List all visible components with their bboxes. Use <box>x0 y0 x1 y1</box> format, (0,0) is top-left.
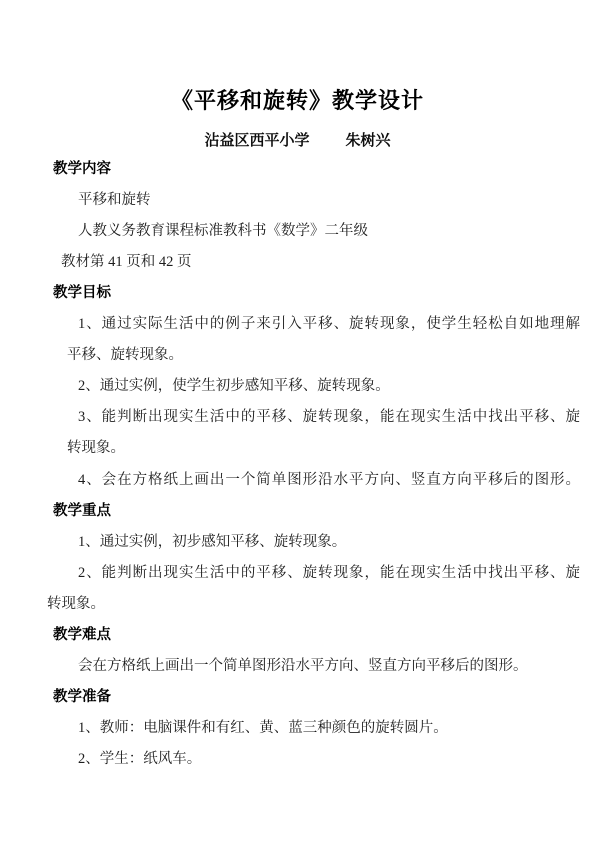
paragraph-line: 平移、旋转现象。 <box>67 347 183 364</box>
paragraph-line: 4、会在方格纸上画出一个简单图形沿水平方向、竖直方向平移后的图形。 <box>78 472 580 489</box>
paragraph-line: 转现象。 <box>47 596 105 613</box>
paragraph-line: 教材第 41 页和 42 页 <box>61 254 192 271</box>
paragraph-line: 转现象。 <box>67 440 125 457</box>
paragraph-line: 1、教师：电脑课件和有红、黄、蓝三种颜色的旋转圆片。 <box>78 720 448 737</box>
section-heading: 教学目标 <box>53 285 111 302</box>
byline-school: 沾益区西平小学 <box>204 132 309 149</box>
section-heading: 教学难点 <box>53 627 111 644</box>
section-heading: 教学重点 <box>53 503 111 520</box>
section-heading: 教学准备 <box>53 689 111 706</box>
paragraph-line: 1、通过实例，初步感知平移、旋转现象。 <box>78 534 346 551</box>
paragraph-line: 2、学生：纸风车。 <box>78 751 201 768</box>
paragraph-line: 2、通过实例，使学生初步感知平移、旋转现象。 <box>78 378 390 395</box>
document-title: 《平移和旋转》教学设计 <box>0 88 595 114</box>
document-page: 《平移和旋转》教学设计 沾益区西平小学朱树兴 教学内容平移和旋转人教义务教育课程… <box>0 0 595 842</box>
paragraph-line: 平移和旋转 <box>78 192 151 209</box>
document-byline: 沾益区西平小学朱树兴 <box>0 132 595 149</box>
paragraph-line: 2、能判断出现实生活中的平移、旋转现象，能在现实生活中找出平移、旋 <box>78 565 580 582</box>
paragraph-line: 会在方格纸上画出一个简单图形沿水平方向、竖直方向平移后的图形。 <box>78 658 528 675</box>
paragraph-line: 人教义务教育课程标准教科书《数学》二年级 <box>78 223 368 240</box>
section-heading: 教学内容 <box>53 161 111 178</box>
byline-author: 朱树兴 <box>346 132 391 149</box>
paragraph-line: 3、能判断出现实生活中的平移、旋转现象，能在现实生活中找出平移、旋 <box>78 409 580 426</box>
paragraph-line: 1、通过实际生活中的例子来引入平移、旋转现象，使学生轻松自如地理解 <box>78 316 580 333</box>
